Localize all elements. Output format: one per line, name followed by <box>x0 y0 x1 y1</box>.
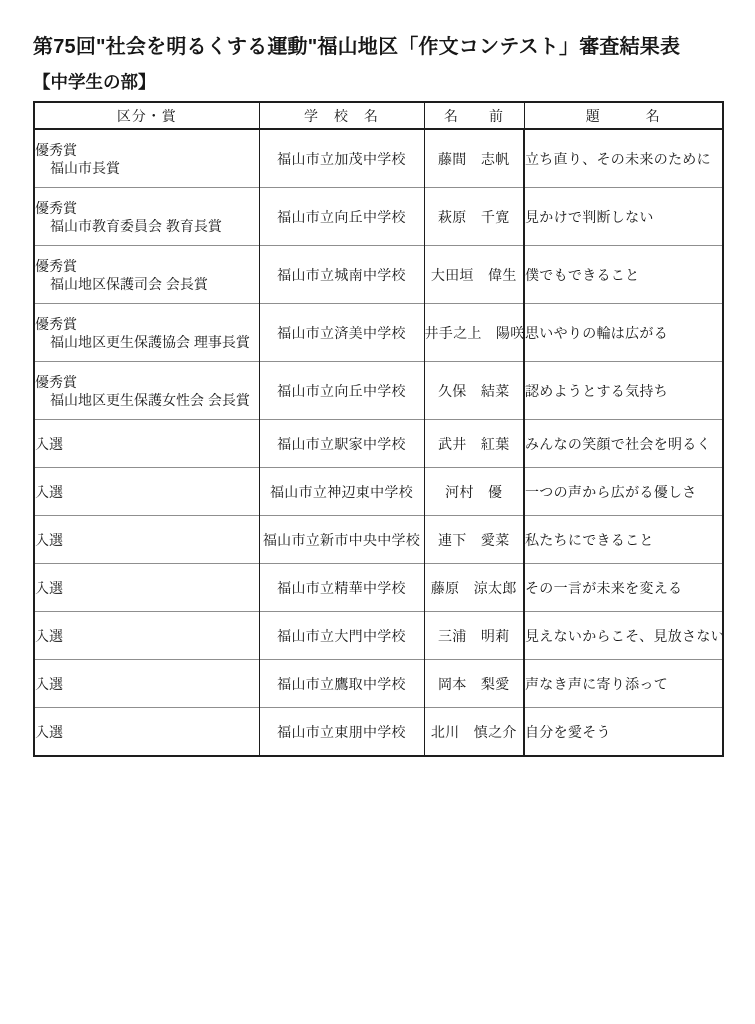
award-cell: 入選 <box>34 516 259 564</box>
table-row: 入選 福山市立大門中学校 三浦 明莉 見えないからこそ、見放さない <box>34 612 723 660</box>
award-cell: 入選 <box>34 660 259 708</box>
school-cell: 福山市立大門中学校 <box>259 612 424 660</box>
name-cell: 萩原 千寛 <box>424 188 524 246</box>
title-cell: 思いやりの輪は広がる <box>524 304 723 362</box>
name-cell: 藤間 志帆 <box>424 129 524 188</box>
title-cell: 僕でもできること <box>524 246 723 304</box>
results-table-body: 優秀賞 福山市長賞 福山市立加茂中学校 藤間 志帆 立ち直り、その未来のために … <box>34 129 723 756</box>
school-cell: 福山市立神辺東中学校 <box>259 468 424 516</box>
name-cell: 岡本 梨愛 <box>424 660 524 708</box>
title-cell: 自分を愛そう <box>524 708 723 757</box>
award-cell: 入選 <box>34 468 259 516</box>
award-label: 優秀賞 <box>35 373 259 391</box>
award-label: 優秀賞 <box>35 257 259 275</box>
name-cell: 三浦 明莉 <box>424 612 524 660</box>
name-cell: 久保 結菜 <box>424 362 524 420</box>
title-cell: 立ち直り、その未来のために <box>524 129 723 188</box>
school-cell: 福山市立加茂中学校 <box>259 129 424 188</box>
school-cell: 福山市立駅家中学校 <box>259 420 424 468</box>
name-cell: 大田垣 偉生 <box>424 246 524 304</box>
award-label: 入選 <box>35 675 259 693</box>
award-cell: 優秀賞 福山地区更生保護協会 理事長賞 <box>34 304 259 362</box>
title-cell: 認めようとする気持ち <box>524 362 723 420</box>
document-page: 第75回"社会を明るくする運動"福山地区「作文コンテスト」審査結果表 【中学生の… <box>0 0 755 1024</box>
table-row: 入選 福山市立鷹取中学校 岡本 梨愛 声なき声に寄り添って <box>34 660 723 708</box>
table-row: 優秀賞 福山市長賞 福山市立加茂中学校 藤間 志帆 立ち直り、その未来のために <box>34 129 723 188</box>
award-cell: 優秀賞 福山市長賞 <box>34 129 259 188</box>
table-row: 入選 福山市立精華中学校 藤原 涼太郎 その一言が未来を変える <box>34 564 723 612</box>
name-cell: 藤原 涼太郎 <box>424 564 524 612</box>
title-cell: 見かけで判断しない <box>524 188 723 246</box>
award-label: 入選 <box>35 627 259 645</box>
table-row: 入選 福山市立新市中央中学校 連下 愛菜 私たちにできること <box>34 516 723 564</box>
name-cell: 井手之上 陽咲 <box>424 304 524 362</box>
sub-award-label: 福山地区更生保護協会 理事長賞 <box>35 333 259 351</box>
award-cell: 入選 <box>34 420 259 468</box>
table-row: 優秀賞 福山市教育委員会 教育長賞 福山市立向丘中学校 萩原 千寛 見かけで判断… <box>34 188 723 246</box>
sub-award-label: 福山地区更生保護女性会 会長賞 <box>35 391 259 409</box>
school-cell: 福山市立向丘中学校 <box>259 362 424 420</box>
award-label: 入選 <box>35 579 259 597</box>
award-cell: 入選 <box>34 612 259 660</box>
sub-award-label: 福山市長賞 <box>35 159 259 177</box>
award-label: 優秀賞 <box>35 199 259 217</box>
title-cell: 見えないからこそ、見放さない <box>524 612 723 660</box>
table-row: 入選 福山市立東朋中学校 北川 慎之介 自分を愛そう <box>34 708 723 757</box>
award-label: 入選 <box>35 723 259 741</box>
name-cell: 北川 慎之介 <box>424 708 524 757</box>
school-cell: 福山市立新市中央中学校 <box>259 516 424 564</box>
title-cell: 私たちにできること <box>524 516 723 564</box>
school-cell: 福山市立鷹取中学校 <box>259 660 424 708</box>
table-row: 優秀賞 福山地区更生保護協会 理事長賞 福山市立済美中学校 井手之上 陽咲 思い… <box>34 304 723 362</box>
name-cell: 河村 優 <box>424 468 524 516</box>
award-cell: 入選 <box>34 564 259 612</box>
award-label: 優秀賞 <box>35 141 259 159</box>
page-title: 第75回"社会を明るくする運動"福山地区「作文コンテスト」審査結果表 <box>33 35 722 59</box>
sub-award-label: 福山市教育委員会 教育長賞 <box>35 217 259 235</box>
header-title: 題 名 <box>524 102 723 129</box>
school-cell: 福山市立済美中学校 <box>259 304 424 362</box>
title-cell: 声なき声に寄り添って <box>524 660 723 708</box>
results-table: 区分・賞 学 校 名 名 前 題 名 優秀賞 福山市長賞 福山市立加茂中学校 藤… <box>33 101 724 757</box>
award-label: 入選 <box>35 531 259 549</box>
title-cell: 一つの声から広がる優しさ <box>524 468 723 516</box>
title-cell: みんなの笑顔で社会を明るく <box>524 420 723 468</box>
header-name: 名 前 <box>424 102 524 129</box>
award-cell: 入選 <box>34 708 259 757</box>
name-cell: 武井 紅葉 <box>424 420 524 468</box>
header-row: 区分・賞 学 校 名 名 前 題 名 <box>34 102 723 129</box>
award-cell: 優秀賞 福山地区更生保護女性会 会長賞 <box>34 362 259 420</box>
section-heading: 【中学生の部】 <box>33 72 722 92</box>
award-label: 入選 <box>35 435 259 453</box>
name-cell: 連下 愛菜 <box>424 516 524 564</box>
title-cell: その一言が未来を変える <box>524 564 723 612</box>
table-row: 優秀賞 福山地区更生保護女性会 会長賞 福山市立向丘中学校 久保 結菜 認めよう… <box>34 362 723 420</box>
table-row: 入選 福山市立駅家中学校 武井 紅葉 みんなの笑顔で社会を明るく <box>34 420 723 468</box>
school-cell: 福山市立東朋中学校 <box>259 708 424 757</box>
school-cell: 福山市立城南中学校 <box>259 246 424 304</box>
table-row: 入選 福山市立神辺東中学校 河村 優 一つの声から広がる優しさ <box>34 468 723 516</box>
header-category: 区分・賞 <box>34 102 259 129</box>
sub-award-label: 福山地区保護司会 会長賞 <box>35 275 259 293</box>
award-cell: 優秀賞 福山市教育委員会 教育長賞 <box>34 188 259 246</box>
school-cell: 福山市立精華中学校 <box>259 564 424 612</box>
header-school: 学 校 名 <box>259 102 424 129</box>
award-label: 優秀賞 <box>35 315 259 333</box>
results-table-header: 区分・賞 学 校 名 名 前 題 名 <box>34 102 723 129</box>
award-label: 入選 <box>35 483 259 501</box>
table-row: 優秀賞 福山地区保護司会 会長賞 福山市立城南中学校 大田垣 偉生 僕でもできる… <box>34 246 723 304</box>
award-cell: 優秀賞 福山地区保護司会 会長賞 <box>34 246 259 304</box>
school-cell: 福山市立向丘中学校 <box>259 188 424 246</box>
